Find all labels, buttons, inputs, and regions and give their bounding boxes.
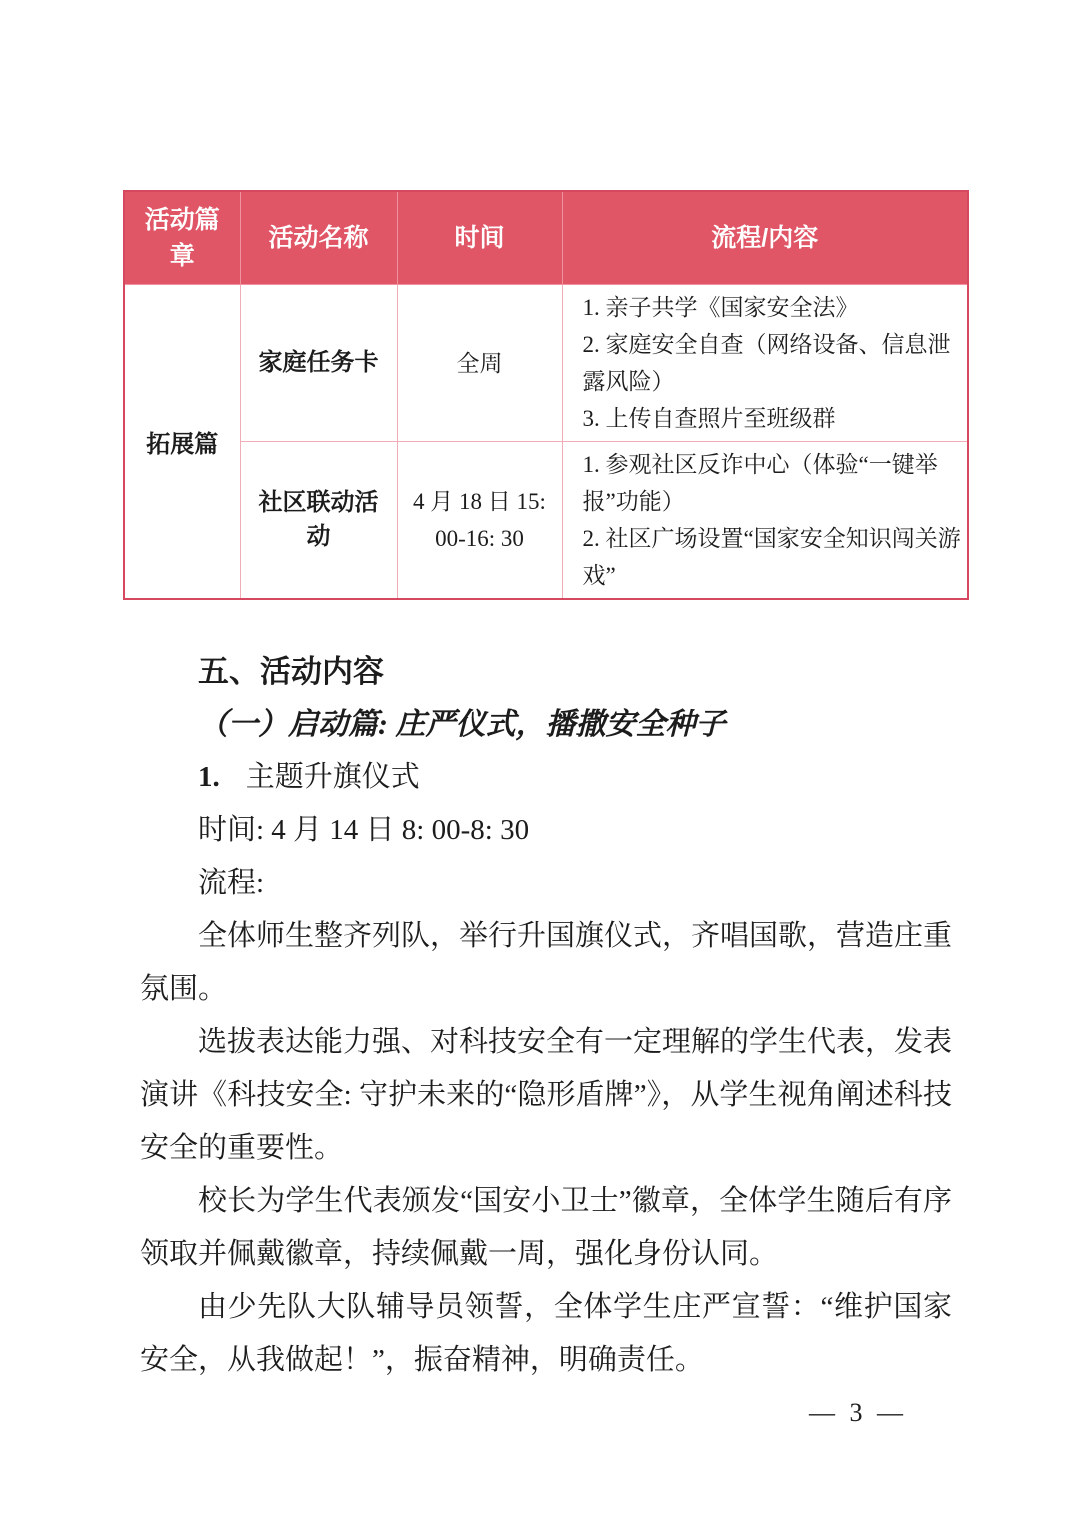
page-number: — 3 — — [809, 1398, 907, 1428]
activity-name-cell: 社区联动活动 — [240, 442, 397, 600]
table-row: 社区联动活动 4 月 18 日 15: 00-16: 30 1. 参观社区反诈中… — [124, 442, 968, 600]
content-line: 3. 上传自查照片至班级群 — [583, 400, 962, 437]
item-title-line: 1.主题升旗仪式 — [140, 751, 952, 804]
table-row: 拓展篇 家庭任务卡 全周 1. 亲子共学《国家安全法》 2. 家庭安全自查（网络… — [124, 285, 968, 442]
time-cell: 4 月 18 日 15: 00-16: 30 — [397, 442, 562, 600]
content-line: 2. 家庭安全自查（网络设备、信息泄露风险） — [583, 326, 962, 400]
header-cell-activity-name: 活动名称 — [240, 191, 397, 285]
time-cell: 全周 — [397, 285, 562, 442]
content-line: 2. 社区广场设置“国家安全知识闯关游戏” — [583, 520, 962, 594]
document-page: 活动篇章 活动名称 时间 流程/内容 拓展篇 家庭任务卡 全周 1. 亲子共学《… — [0, 0, 1080, 1527]
content-line: 1. 亲子共学《国家安全法》 — [583, 289, 962, 326]
header-cell-section: 活动篇章 — [124, 191, 240, 285]
activity-schedule-table: 活动篇章 活动名称 时间 流程/内容 拓展篇 家庭任务卡 全周 1. 亲子共学《… — [123, 190, 969, 600]
section-content: 五、活动内容 （一）启动篇: 庄严仪式，播撒安全种子 1.主题升旗仪式 时间: … — [140, 645, 952, 1387]
content-cell: 1. 参观社区反诈中心（体验“一键举报”功能） 2. 社区广场设置“国家安全知识… — [562, 442, 968, 600]
item-number: 1. — [198, 761, 220, 793]
content-cell: 1. 亲子共学《国家安全法》 2. 家庭安全自查（网络设备、信息泄露风险） 3.… — [562, 285, 968, 442]
header-cell-content: 流程/内容 — [562, 191, 968, 285]
section-subheading: （一）启动篇: 庄严仪式，播撒安全种子 — [140, 698, 952, 751]
paragraph: 由少先队大队辅导员领誓，全体学生庄严宣誓：“维护国家安全，从我做起！”，振奋精神… — [140, 1281, 952, 1387]
section-heading: 五、活动内容 — [140, 645, 952, 698]
paragraph: 校长为学生代表颁发“国安小卫士”徽章，全体学生随后有序领取并佩戴徽章，持续佩戴一… — [140, 1175, 952, 1281]
section-label-cell: 拓展篇 — [124, 285, 240, 600]
table-header-row: 活动篇章 活动名称 时间 流程/内容 — [124, 191, 968, 285]
activity-name-cell: 家庭任务卡 — [240, 285, 397, 442]
time-line: 时间: 4 月 14 日 8: 00-8: 30 — [140, 804, 952, 857]
content-line: 1. 参观社区反诈中心（体验“一键举报”功能） — [583, 446, 962, 520]
paragraph: 选拔表达能力强、对科技安全有一定理解的学生代表，发表演讲《科技安全: 守护未来的… — [140, 1016, 952, 1175]
item-title: 主题升旗仪式 — [246, 761, 420, 793]
paragraph: 全体师生整齐列队，举行升国旗仪式，齐唱国歌，营造庄重氛围。 — [140, 910, 952, 1016]
header-cell-time: 时间 — [397, 191, 562, 285]
flow-label: 流程: — [140, 857, 952, 910]
